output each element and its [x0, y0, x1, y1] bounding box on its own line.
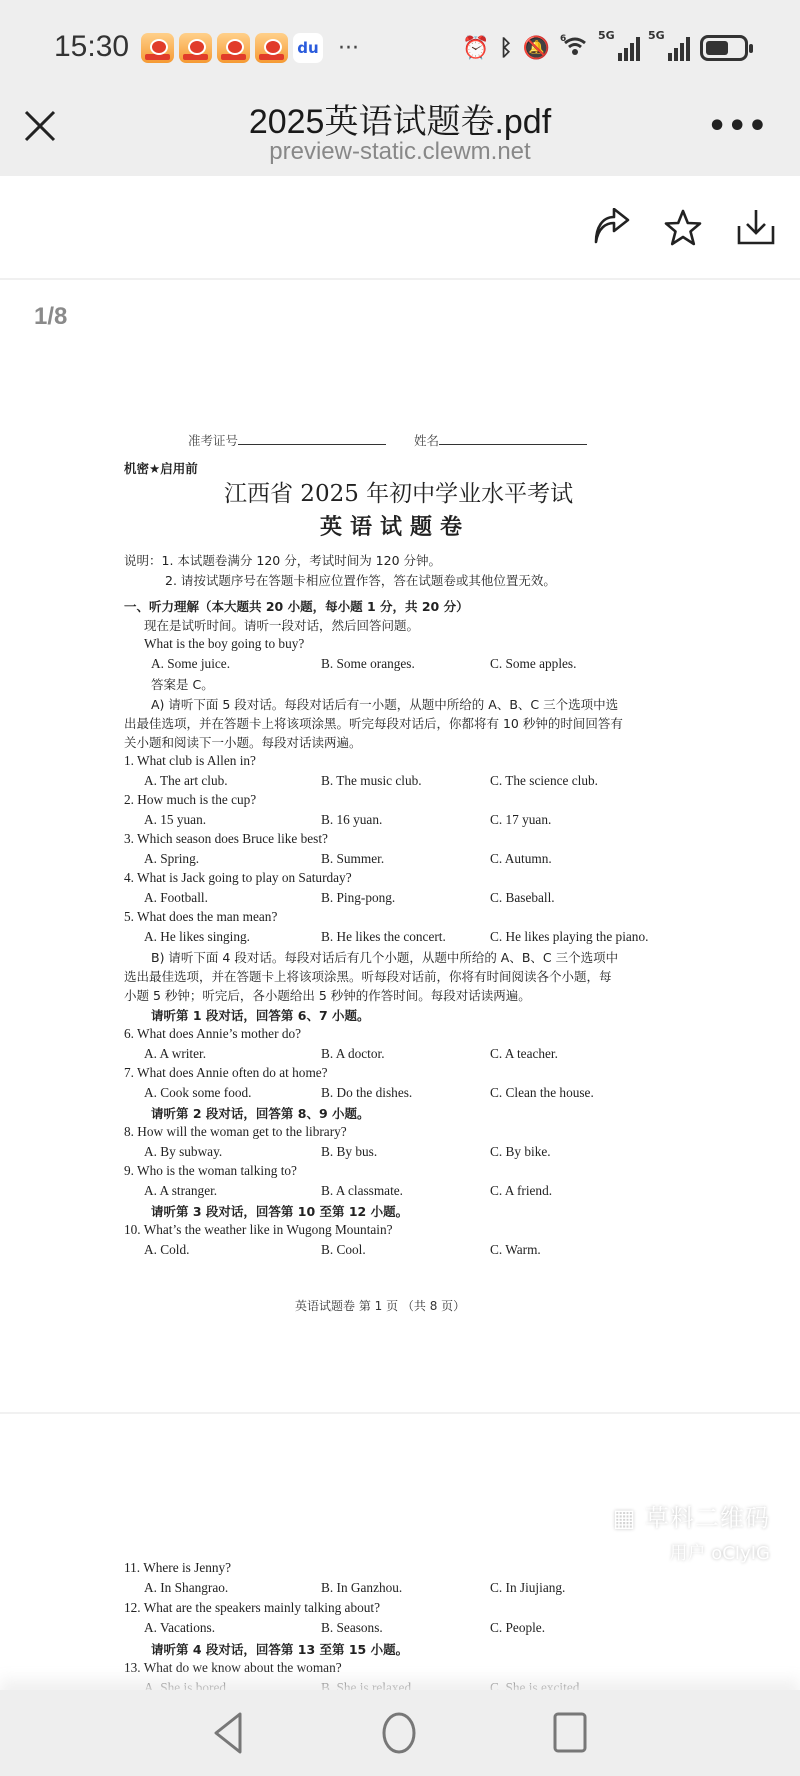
- confidential-label: 机密★启用前: [124, 459, 198, 477]
- qr-icon: ▦: [613, 1504, 645, 1532]
- section-title: 一、听力理解（本大题共 20 小题，每小题 1 分，共 20 分）: [124, 597, 469, 615]
- favorite-button[interactable]: [663, 208, 703, 248]
- question: 6. What does Annie’s mother do?: [124, 1026, 301, 1042]
- more-options-button[interactable]: •••: [707, 122, 768, 132]
- exam-id-field: 准考证号 姓名: [188, 431, 587, 449]
- trial-option-a: A. Some juice.: [151, 656, 230, 672]
- note-1: 说明：1. 本试题卷满分 120 分，考试时间为 120 分钟。: [124, 551, 441, 569]
- option-b: B. A doctor.: [321, 1046, 385, 1062]
- navigation-bar: [0, 1690, 800, 1776]
- dialog-prompt: 请听第 4 段对话，回答第 13 至第 15 小题。: [151, 1640, 408, 1658]
- document-url: preview-static.clewm.net: [0, 138, 800, 166]
- recents-square-icon: [547, 1710, 593, 1756]
- wifi-icon: 6: [560, 32, 590, 64]
- part-a-instructions: 关小题和阅读下一小题。每段对话读两遍。: [124, 733, 362, 751]
- signal-5g-icon: 5G: [650, 35, 690, 61]
- option-b: B. He likes the concert.: [321, 929, 446, 945]
- alarm-icon: ⏰: [462, 36, 489, 61]
- exam-title: 江西省 2025 年初中学业水平考试: [224, 475, 573, 508]
- download-icon: [736, 208, 776, 248]
- watermark: ▦ 草料二维码 用户 oCIyIG: [613, 1498, 770, 1565]
- page-divider: [0, 1412, 800, 1414]
- option-a: A. Vacations.: [144, 1620, 215, 1636]
- part-b-instructions: 小题 5 秒钟；听完后，各小题给出 5 秒钟的作答时间。每段对话读两遍。: [124, 986, 531, 1004]
- exam-subtitle: 英语试题卷: [320, 510, 470, 541]
- option-a: A. Football.: [144, 890, 208, 906]
- question: 11. Where is Jenny?: [124, 1560, 231, 1576]
- option-b: B. Summer.: [321, 851, 384, 867]
- status-time: 15:30: [54, 30, 129, 64]
- page-indicator: 1/8: [34, 303, 67, 331]
- option-a: A. The art club.: [144, 773, 228, 789]
- part-b-instructions: 选出最佳选项，并在答题卡上将该项涂黑。听每段对话前，你将有时间阅读各个小题，每: [124, 967, 612, 985]
- option-b: B. By bus.: [321, 1144, 377, 1160]
- signal-5g-icon: 5G: [600, 35, 640, 61]
- question: 9. Who is the woman talking to?: [124, 1163, 297, 1179]
- option-c: C. A friend.: [490, 1183, 552, 1199]
- battery-icon: [700, 35, 748, 61]
- trial-option-b: B. Some oranges.: [321, 656, 415, 672]
- weibo-icon: [179, 33, 212, 63]
- status-bar: 15:30 du ··· ⏰ ᛒ 🔕 6 5G 5G: [0, 0, 800, 90]
- option-c: C. Warm.: [490, 1242, 541, 1258]
- option-c: C. Autumn.: [490, 851, 552, 867]
- option-c: C. Baseball.: [490, 890, 555, 906]
- part-a-instructions: 出最佳选项，并在答题卡上将该项涂黑。听完每段对话后，你都将有 10 秒钟的时间回…: [124, 714, 623, 732]
- option-b: B. In Ganzhou.: [321, 1580, 402, 1596]
- trial-question: What is the boy going to buy?: [144, 636, 304, 652]
- question: 12. What are the speakers mainly talking…: [124, 1600, 380, 1616]
- home-circle-icon: [376, 1710, 422, 1756]
- document-title: 2025英语试题卷.pdf: [0, 94, 800, 143]
- trial-intro: 现在是试听时间。请听一段对话，然后回答问题。: [144, 616, 419, 634]
- option-c: C. In Jiujiang.: [490, 1580, 565, 1596]
- watermark-brand: 草料二维码: [645, 1504, 770, 1532]
- recents-button[interactable]: [547, 1710, 593, 1756]
- share-icon: [592, 208, 632, 248]
- more-notifications-icon: ···: [338, 36, 359, 61]
- action-bar: [0, 176, 800, 280]
- question: 1. What club is Allen in?: [124, 753, 256, 769]
- page-footer: 英语试题卷 第 1 页 （共 8 页）: [295, 1297, 465, 1314]
- dialog-prompt: 请听第 2 段对话，回答第 8、9 小题。: [151, 1104, 370, 1122]
- dialog-prompt: 请听第 1 段对话，回答第 6、7 小题。: [151, 1006, 370, 1024]
- option-b: B. 16 yuan.: [321, 812, 382, 828]
- option-b: B. Ping-pong.: [321, 890, 395, 906]
- option-a: A. Cold.: [144, 1242, 189, 1258]
- back-button[interactable]: [208, 1710, 254, 1756]
- option-c: C. Clean the house.: [490, 1085, 594, 1101]
- option-c: C. By bike.: [490, 1144, 551, 1160]
- option-a: A. He likes singing.: [144, 929, 250, 945]
- option-c: C. He likes playing the piano.: [490, 929, 648, 945]
- option-a: A. By subway.: [144, 1144, 222, 1160]
- home-button[interactable]: [376, 1710, 422, 1756]
- option-a: A. 15 yuan.: [144, 812, 206, 828]
- mute-bell-icon: 🔕: [523, 36, 550, 61]
- question: 8. How will the woman get to the library…: [124, 1124, 347, 1140]
- weibo-icon: [141, 33, 174, 63]
- trial-answer: 答案是 C。: [151, 675, 214, 693]
- weibo-icon: [255, 33, 288, 63]
- download-button[interactable]: [736, 208, 776, 248]
- option-b: B. Seasons.: [321, 1620, 383, 1636]
- part-b-instructions: B) 请听下面 4 段对话。每段对话后有几个小题，从题中所给的 A、B、C 三个…: [151, 948, 618, 966]
- system-icons: ⏰ ᛒ 🔕 6 5G 5G: [462, 32, 748, 64]
- notification-icons: du ···: [141, 33, 359, 63]
- question: 3. Which season does Bruce like best?: [124, 831, 328, 847]
- option-b: B. The music club.: [321, 773, 422, 789]
- share-button[interactable]: [592, 208, 632, 248]
- question: 5. What does the man mean?: [124, 909, 277, 925]
- option-b: B. Cool.: [321, 1242, 366, 1258]
- option-c: C. The science club.: [490, 773, 598, 789]
- option-a: A. A stranger.: [144, 1183, 217, 1199]
- option-c: C. People.: [490, 1620, 545, 1636]
- option-c: C. 17 yuan.: [490, 812, 551, 828]
- question: 7. What does Annie often do at home?: [124, 1065, 328, 1081]
- question: 4. What is Jack going to play on Saturda…: [124, 870, 352, 886]
- question: 13. What do we know about the woman?: [124, 1660, 342, 1676]
- option-a: A. In Shangrao.: [144, 1580, 228, 1596]
- option-b: B. A classmate.: [321, 1183, 403, 1199]
- trial-option-c: C. Some apples.: [490, 656, 576, 672]
- star-icon: [663, 208, 703, 248]
- bluetooth-icon: ᛒ: [499, 36, 512, 61]
- title-bar: 2025英语试题卷.pdf preview-static.clewm.net •…: [0, 90, 800, 176]
- option-c: C. A teacher.: [490, 1046, 558, 1062]
- weibo-icon: [217, 33, 250, 63]
- baidu-icon: du: [293, 33, 323, 63]
- back-triangle-icon: [208, 1710, 254, 1756]
- option-a: A. Cook some food.: [144, 1085, 251, 1101]
- question: 10. What’s the weather like in Wugong Mo…: [124, 1222, 393, 1238]
- part-a-instructions: A) 请听下面 5 段对话。每段对话后有一小题，从题中所给的 A、B、C 三个选…: [151, 695, 618, 713]
- option-a: A. Spring.: [144, 851, 199, 867]
- watermark-user: 用户 oCIyIG: [613, 1539, 770, 1565]
- question: 2. How much is the cup?: [124, 792, 256, 808]
- dialog-prompt: 请听第 3 段对话，回答第 10 至第 12 小题。: [151, 1202, 408, 1220]
- option-a: A. A writer.: [144, 1046, 206, 1062]
- note-2: 2. 请按试题序号在答题卡相应位置作答，答在试题卷或其他位置无效。: [165, 571, 556, 589]
- option-b: B. Do the dishes.: [321, 1085, 412, 1101]
